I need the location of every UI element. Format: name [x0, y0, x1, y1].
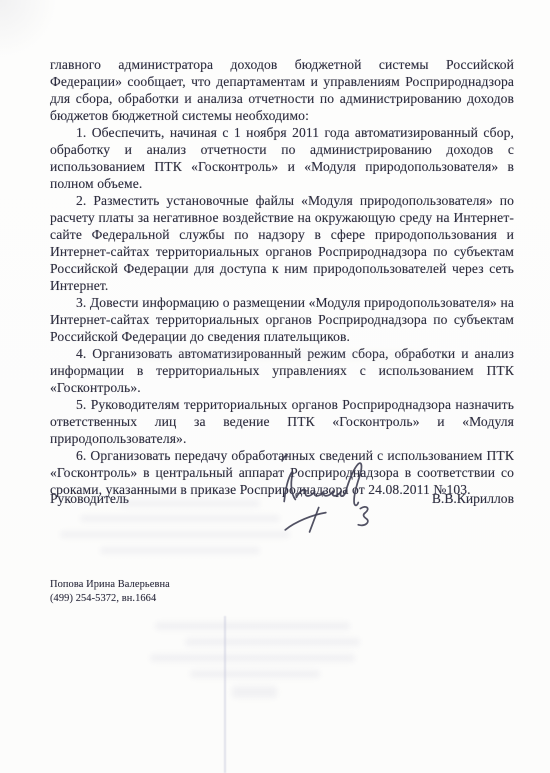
bleed-through-artifact — [60, 531, 290, 538]
executor-name: Попова Ирина Валерьевна — [50, 578, 170, 592]
executor-phone: (499) 254-5372, вн.1664 — [50, 592, 170, 606]
bleed-through-artifact — [155, 622, 350, 630]
bleed-through-artifact — [232, 686, 277, 698]
bleed-through-artifact — [80, 515, 280, 522]
paragraph-item-2: 2. Разместить установочные файлы «Модуля… — [50, 192, 514, 294]
bleed-through-artifact — [185, 638, 360, 646]
paragraph-item-5: 5. Руководителям территориальных органов… — [50, 396, 514, 447]
paragraph-item-1: 1. Обеспечить, начиная с 1 ноября 2011 г… — [50, 124, 514, 192]
scanned-letter-page: главного администратора доходов бюджетно… — [0, 0, 550, 773]
letter-body: главного администратора доходов бюджетно… — [50, 56, 514, 498]
paragraph-item-4: 4. Организовать автоматизированный режим… — [50, 345, 514, 396]
handwritten-signature — [272, 450, 404, 558]
bleed-through-artifact — [190, 670, 320, 678]
paragraph-continuation: главного администратора доходов бюджетно… — [50, 56, 514, 124]
bleed-through-artifact — [100, 547, 260, 554]
signatory-name: В.В.Кириллов — [432, 490, 514, 507]
paragraph-item-3: 3. Довести информацию о размещении «Моду… — [50, 294, 514, 345]
paper-fold-line — [224, 616, 226, 773]
executor-contact-block: Попова Ирина Валерьевна (499) 254-5372, … — [50, 578, 170, 606]
bleed-through-artifact — [150, 654, 355, 662]
signatory-title: Руководитель — [50, 490, 129, 507]
